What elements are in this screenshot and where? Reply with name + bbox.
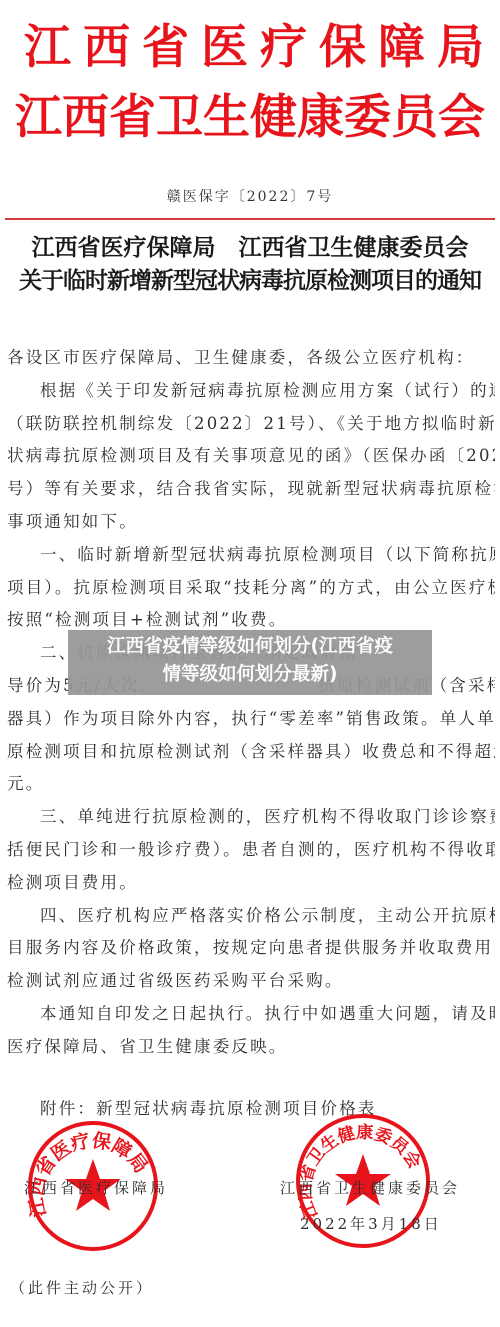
signature-left: 江西省医疗保障局 bbox=[24, 1177, 168, 1198]
body-line: 目服务内容及价格政策，按规定向患者提供服务并收取费用；抗原 bbox=[7, 932, 495, 965]
body-line: 四、医疗机构应严格落实价格公示制度，主动公开抗原检测项 bbox=[7, 900, 495, 933]
document-title-line-1: 江西省医疗保障局 江西省卫生健康委员会 bbox=[0, 232, 500, 264]
body-line: 状病毒抗原检测项目及有关事项意见的函》（医保办函〔2022〕11 bbox=[7, 440, 495, 473]
caption-line-2: 情等级如何划分最新) bbox=[68, 661, 432, 689]
body-line: 项目）。抗原检测项目采取“技耗分离”的方式，由公立医疗机构 bbox=[7, 572, 495, 605]
caption-overlay-text: 江西省疫情等级如何划分(江西省疫 情等级如何划分最新) bbox=[68, 633, 432, 689]
red-divider bbox=[5, 218, 495, 220]
salutation: 各设区市医疗保障局、卫生健康委，各级公立医疗机构： bbox=[7, 342, 495, 375]
body-line: 一、临时新增新型冠状病毒抗原检测项目（以下简称抗原检测 bbox=[7, 539, 495, 572]
body-line: 本通知自印发之日起执行。执行中如遇重大问题，请及时向省 bbox=[7, 998, 495, 1031]
body-line: 医疗保障局、省卫生健康委反映。 bbox=[7, 1031, 495, 1064]
body-line: 检测项目费用。 bbox=[7, 867, 495, 900]
body-line: 检测试剂应通过省级医药采购平台采购。 bbox=[7, 965, 495, 998]
body-line: 根据《关于印发新冠病毒抗原检测应用方案（试行）的通知》 bbox=[7, 375, 495, 408]
body-line: 三、单纯进行抗原检测的，医疗机构不得收取门诊诊察费（包 bbox=[7, 801, 495, 834]
caption-line-1: 江西省疫情等级如何划分(江西省疫 bbox=[68, 633, 432, 661]
document-number: 赣医保字〔2022〕7号 bbox=[0, 186, 500, 206]
body-line: 事项通知如下。 bbox=[7, 506, 495, 539]
document-body: 各设区市医疗保障局、卫生健康委，各级公立医疗机构： 根据《关于印发新冠病毒抗原检… bbox=[7, 342, 495, 1064]
body-line: 号）等有关要求，结合我省实际，现就新型冠状病毒抗原检测有关 bbox=[7, 473, 495, 506]
signature-right: 江西省卫生健康委员会 bbox=[280, 1177, 460, 1198]
document-title-line-2: 关于临时新增新型冠状病毒抗原检测项目的通知 bbox=[0, 265, 500, 297]
body-line: 原检测项目和抗原检测试剂（含采样器具）收费总和不得超过15 bbox=[7, 736, 495, 769]
letterhead-line-1: 江西省医疗保障局 bbox=[0, 18, 500, 78]
body-line: 元。 bbox=[7, 768, 495, 801]
disclosure-note: （此件主动公开） bbox=[10, 1277, 154, 1298]
letterhead-line-2: 江西省卫生健康委员会 bbox=[0, 88, 500, 148]
body-line: （联防联控机制综发〔2022〕21号）、《关于地方拟临时新增新型冠 bbox=[7, 408, 495, 441]
signature-date: 2022年3月18日 bbox=[300, 1213, 442, 1234]
body-line: 器具）作为项目除外内容，执行“零差率”销售政策。单人单次抗 bbox=[7, 703, 495, 736]
body-line: 括便民门诊和一般诊疗费）。患者自测的，医疗机构不得收取抗原 bbox=[7, 834, 495, 867]
